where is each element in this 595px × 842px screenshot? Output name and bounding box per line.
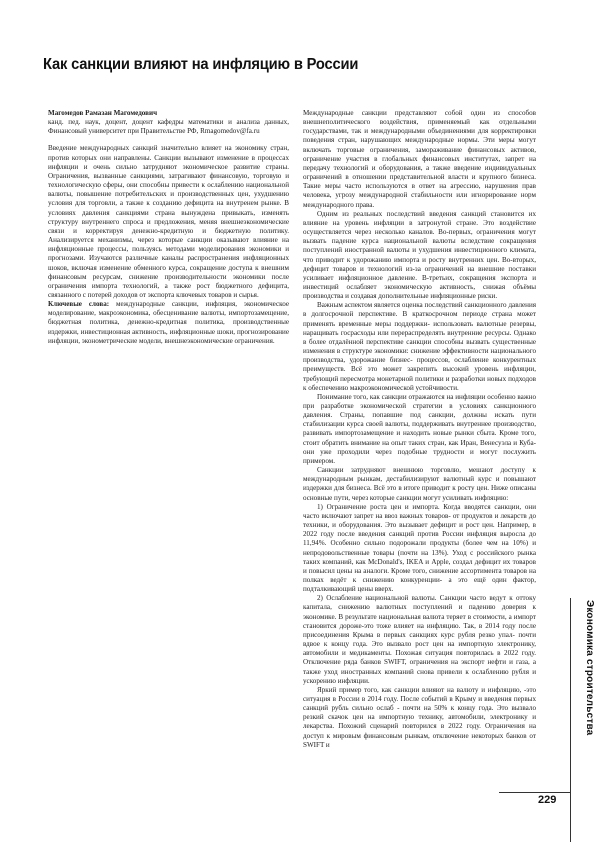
body-paragraph: Санкции затрудняют внешнюю торговлю, меш… (303, 466, 536, 503)
author-affiliation: канд. пед. наук, доцент, доцент кафедры … (48, 118, 289, 136)
keywords-label: Ключевые слова: (48, 300, 109, 308)
body-paragraph: Яркий пример того, как санкции влияют на… (303, 686, 536, 750)
body-paragraph: Важным аспектом является оценка последст… (303, 301, 536, 393)
article-title: Как санкции влияют на инфляцию в России (43, 56, 358, 74)
abstract: Введение международных санкций значитель… (48, 144, 289, 300)
keywords: Ключевые слова: международные санкции, и… (48, 300, 289, 346)
left-column: Магомедов Рамазан Магомедович канд. пед.… (48, 109, 289, 346)
author-name: Магомедов Рамазан Магомедович (48, 109, 289, 118)
footer-horizontal-rule (499, 792, 571, 793)
page-number: 229 (538, 794, 556, 806)
body-paragraph: Международные санкции представляют собой… (303, 109, 536, 210)
right-column: Международные санкции представляют собой… (303, 109, 536, 750)
body-paragraph: 2) Ослабление национальной валюты. Санкц… (303, 594, 536, 686)
body-paragraph: Одним из реальных последствий введения с… (303, 210, 536, 302)
body-paragraph: 1) Ограничение роста цен и импорта. Когд… (303, 503, 536, 595)
journal-section-label: Экономика строительства (584, 600, 595, 735)
margin-vertical-rule (570, 598, 571, 842)
body-paragraph: Понимание того, как санкции отражаются н… (303, 393, 536, 466)
